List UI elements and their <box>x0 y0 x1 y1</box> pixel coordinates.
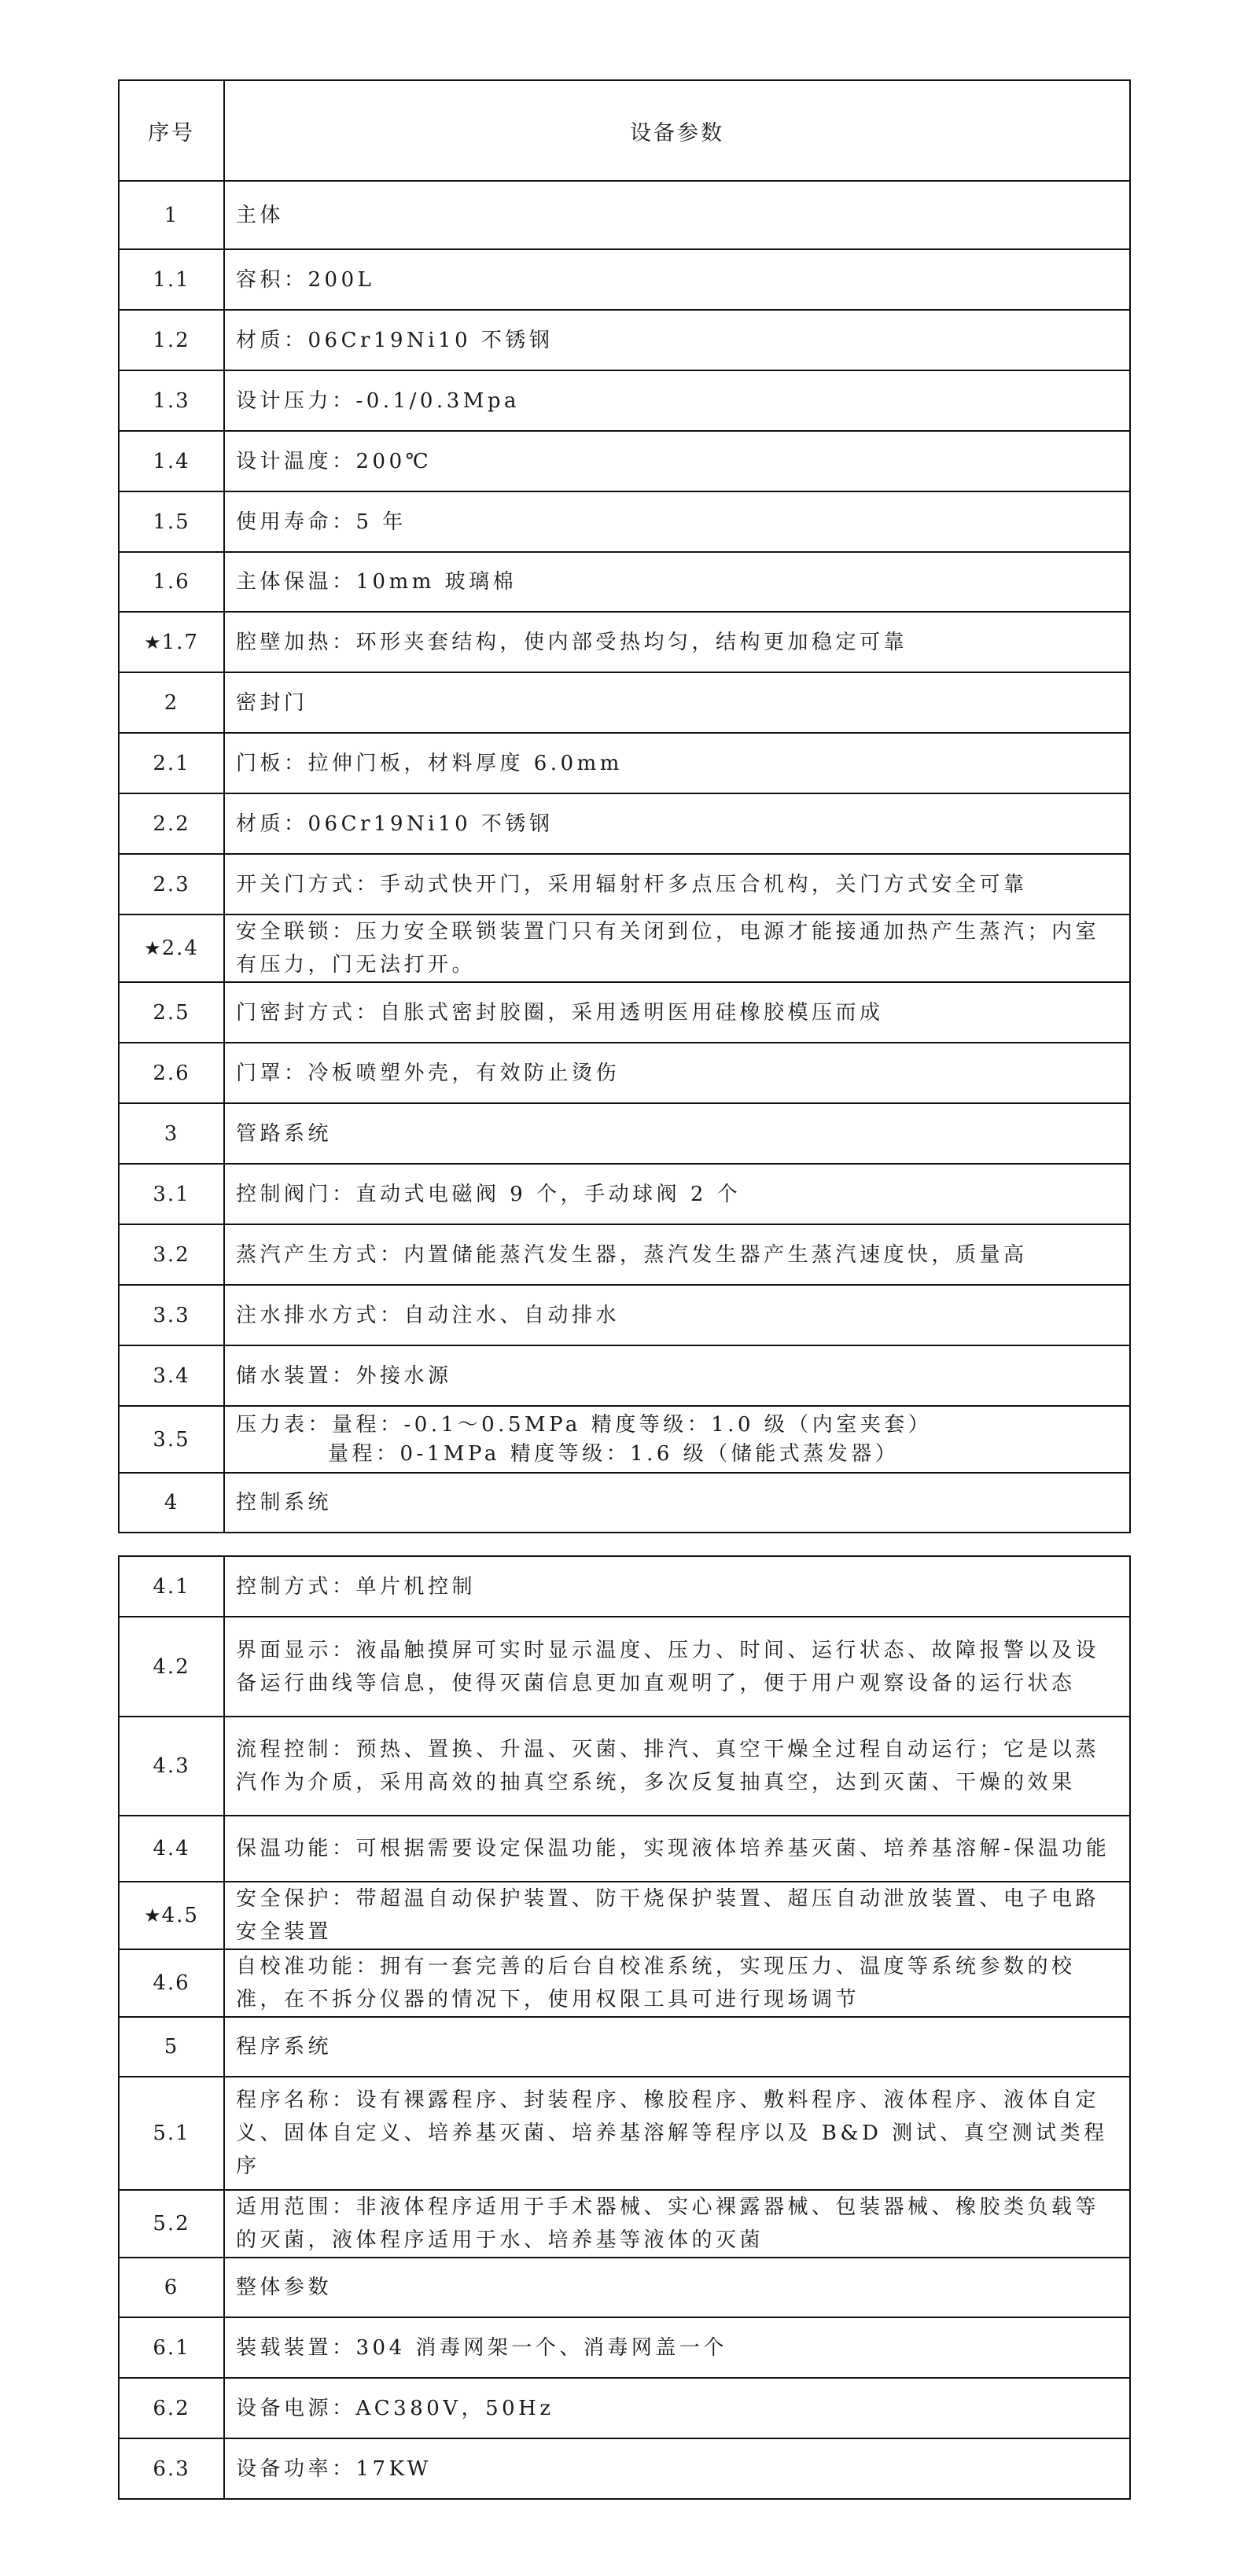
parameter-text: 主体 <box>236 204 284 227</box>
row-parameter-cell: 容积：200L <box>224 249 1130 310</box>
row-parameter-cell: 密封门 <box>224 672 1130 733</box>
row-number-cell: 1.2 <box>119 310 224 370</box>
table-row: 3.1 控制阀门：直动式电磁阀 9 个，手动球阀 2 个 <box>119 1164 1130 1224</box>
row-number-cell: 1.1 <box>119 249 224 310</box>
row-number: 6.2 <box>153 2397 190 2420</box>
row-parameter-cell: 适用范围：非液体程序适用于手术器械、实心裸露器械、包装器械、橡胶类负载等的灭菌，… <box>224 2190 1130 2258</box>
parameter-text: 门板：拉伸门板，材料厚度 6.0mm <box>236 752 623 775</box>
row-number-cell: ★1.7 <box>119 612 224 672</box>
table-row: 1.3 设计压力：-0.1/0.3Mpa <box>119 370 1130 431</box>
parameter-text: 门密封方式：自胀式密封胶圈，采用透明医用硅橡胶模压而成 <box>236 1001 884 1025</box>
row-parameter-cell: 设计压力：-0.1/0.3Mpa <box>224 370 1130 431</box>
row-parameter-cell: 使用寿命：5 年 <box>224 491 1130 552</box>
table-row: 6.3 设备功率：17KW <box>119 2438 1130 2499</box>
row-parameter-cell: 自校准功能：拥有一套完善的后台自校准系统，实现压力、温度等系统参数的校准，在不拆… <box>224 1949 1130 2017</box>
row-number-cell: 3.2 <box>119 1224 224 1285</box>
row-parameter-cell: 界面显示：液晶触摸屏可实时显示温度、压力、时间、运行状态、故障报警以及设备运行曲… <box>224 1617 1130 1717</box>
table-row: 1.2 材质：06Cr19Ni10 不锈钢 <box>119 310 1130 370</box>
row-parameter-cell: 注水排水方式：自动注水、自动排水 <box>224 1285 1130 1345</box>
row-number: 4.1 <box>153 1575 190 1599</box>
row-number: 6.1 <box>153 2336 190 2360</box>
row-number: 2.2 <box>153 812 190 836</box>
parameter-text: 装载装置：304 消毒网架一个、消毒网盖一个 <box>236 2336 727 2360</box>
row-number: 3 <box>164 1122 179 1146</box>
row-parameter-cell: 流程控制：预热、置换、升温、灭菌、排汽、真空干燥全过程自动运行；它是以蒸汽作为介… <box>224 1717 1130 1816</box>
parameter-text: 设计压力：-0.1/0.3Mpa <box>236 389 520 413</box>
parameter-text: 自校准功能：拥有一套完善的后台自校准系统，实现压力、温度等系统参数的校准，在不拆… <box>236 1955 1076 2011</box>
table-row: 5 程序系统 <box>119 2017 1130 2077</box>
parameter-text: 控制阀门：直动式电磁阀 9 个，手动球阀 2 个 <box>236 1183 741 1206</box>
row-parameter-cell: 程序名称：设有裸露程序、封装程序、橡胶程序、敷料程序、液体程序、液体自定义、固体… <box>224 2077 1130 2190</box>
table-row: 4.1 控制方式：单片机控制 <box>119 1556 1130 1617</box>
header-equipment-parameters: 设备参数 <box>224 80 1130 181</box>
star-icon: ★ <box>144 1904 161 1926</box>
row-number-cell: 1.5 <box>119 491 224 552</box>
table-row: 2 密封门 <box>119 672 1130 733</box>
row-parameter-cell: 门板：拉伸门板，材料厚度 6.0mm <box>224 733 1130 793</box>
row-number: 4.4 <box>153 1837 190 1860</box>
row-number-cell: 3.1 <box>119 1164 224 1224</box>
row-parameter-cell: 设备功率：17KW <box>224 2438 1130 2499</box>
row-number: 5 <box>164 2035 179 2059</box>
row-number: 4.2 <box>153 1655 190 1679</box>
row-parameter-cell: 控制方式：单片机控制 <box>224 1556 1130 1617</box>
row-number: 5.2 <box>153 2212 190 2236</box>
parameter-text: 使用寿命：5 年 <box>236 510 407 534</box>
row-number: 3.4 <box>153 1364 190 1388</box>
row-number: 2.3 <box>153 873 190 896</box>
row-parameter-cell: 门密封方式：自胀式密封胶圈，采用透明医用硅橡胶模压而成 <box>224 982 1130 1043</box>
parameter-text: 适用范围：非液体程序适用于手术器械、实心裸露器械、包装器械、橡胶类负载等的灭菌，… <box>236 2195 1099 2252</box>
table-row: 2.1 门板：拉伸门板，材料厚度 6.0mm <box>119 733 1130 793</box>
row-parameter-cell: 控制阀门：直动式电磁阀 9 个，手动球阀 2 个 <box>224 1164 1130 1224</box>
row-number-cell: 4.1 <box>119 1556 224 1617</box>
row-number-cell: 1.6 <box>119 552 224 612</box>
row-parameter-cell: 程序系统 <box>224 2017 1130 2077</box>
row-number-cell: 3.5 <box>119 1406 224 1473</box>
parameter-text: 蒸汽产生方式：内置储能蒸汽发生器，蒸汽发生器产生蒸汽速度快，质量高 <box>236 1243 1028 1267</box>
table-row: 4 控制系统 <box>119 1473 1130 1533</box>
parameter-text: 保温功能：可根据需要设定保温功能，实现液体培养基灭菌、培养基溶解-保温功能 <box>236 1837 1110 1860</box>
row-number-cell: 5 <box>119 2017 224 2077</box>
parameter-text-line: 压力表：量程：-0.1～0.5MPa 精度等级：1.0 级（内室夹套） <box>236 1411 1123 1440</box>
table-row: 4.4 保温功能：可根据需要设定保温功能，实现液体培养基灭菌、培养基溶解-保温功… <box>119 1816 1130 1882</box>
row-number-cell: 6.3 <box>119 2438 224 2499</box>
parameter-text: 安全保护：带超温自动保护装置、防干烧保护装置、超压自动泄放装置、电子电路安全装置 <box>236 1887 1099 1944</box>
row-parameter-cell: 装载装置：304 消毒网架一个、消毒网盖一个 <box>224 2317 1130 2378</box>
row-number: 2 <box>164 691 179 715</box>
table-body-part-2: 4.1 控制方式：单片机控制 4.2 界面显示：液晶触摸屏可实时显示温度、压力、… <box>119 1556 1130 2499</box>
parameter-text: 程序系统 <box>236 2035 332 2059</box>
row-number-cell: 3.4 <box>119 1345 224 1406</box>
row-number-cell: 4.4 <box>119 1816 224 1882</box>
row-number: 4.5 <box>162 1904 199 1927</box>
star-icon: ★ <box>144 937 161 959</box>
row-parameter-cell: 整体参数 <box>224 2258 1130 2317</box>
table-row: 5.2 适用范围：非液体程序适用于手术器械、实心裸露器械、包装器械、橡胶类负载等… <box>119 2190 1130 2258</box>
header-serial-number: 序号 <box>119 80 224 181</box>
table-row: 1 主体 <box>119 181 1130 249</box>
row-parameter-cell: 安全联锁：压力安全联锁装置门只有关闭到位，电源才能接通加热产生蒸汽；内室有压力，… <box>224 914 1130 982</box>
row-number: 4 <box>164 1491 179 1514</box>
parameter-text: 注水排水方式：自动注水、自动排水 <box>236 1304 620 1327</box>
row-parameter-cell: 材质：06Cr19Ni10 不锈钢 <box>224 310 1130 370</box>
row-parameter-cell: 主体保温：10mm 玻璃棉 <box>224 552 1130 612</box>
table-row: 3 管路系统 <box>119 1103 1130 1164</box>
parameter-text: 材质：06Cr19Ni10 不锈钢 <box>236 329 553 352</box>
row-parameter-cell: 控制系统 <box>224 1473 1130 1533</box>
row-number-cell: 4.3 <box>119 1717 224 1816</box>
row-number-cell: 6 <box>119 2258 224 2317</box>
table-row: 1.5 使用寿命：5 年 <box>119 491 1130 552</box>
row-number-cell: 5.1 <box>119 2077 224 2190</box>
parameter-text: 主体保温：10mm 玻璃棉 <box>236 570 517 594</box>
row-parameter-cell: 管路系统 <box>224 1103 1130 1164</box>
row-number-cell: 2 <box>119 672 224 733</box>
table-row: 6 整体参数 <box>119 2258 1130 2317</box>
row-number: 1.6 <box>153 570 190 594</box>
row-number: 5.1 <box>153 2122 190 2145</box>
row-number: 1.7 <box>162 631 199 654</box>
row-number-cell: 4 <box>119 1473 224 1533</box>
table-row: 3.3 注水排水方式：自动注水、自动排水 <box>119 1285 1130 1345</box>
table-row: ★4.5 安全保护：带超温自动保护装置、防干烧保护装置、超压自动泄放装置、电子电… <box>119 1882 1130 1949</box>
parameter-text: 整体参数 <box>236 2276 332 2299</box>
row-number: 2.6 <box>153 1062 190 1085</box>
table-row: 4.6 自校准功能：拥有一套完善的后台自校准系统，实现压力、温度等系统参数的校准… <box>119 1949 1130 2017</box>
parameter-text: 密封门 <box>236 691 308 715</box>
table-row: ★1.7 腔壁加热：环形夹套结构，使内部受热均匀，结构更加稳定可靠 <box>119 612 1130 672</box>
parameter-text: 界面显示：液晶触摸屏可实时显示温度、压力、时间、运行状态、故障报警以及设备运行曲… <box>236 1639 1099 1695</box>
row-number: 6 <box>164 2276 179 2299</box>
row-number: 6.3 <box>153 2457 190 2481</box>
row-number-cell: ★2.4 <box>119 914 224 982</box>
row-number-cell: 2.5 <box>119 982 224 1043</box>
row-number-cell: 1.4 <box>119 431 224 491</box>
table-row: 3.2 蒸汽产生方式：内置储能蒸汽发生器，蒸汽发生器产生蒸汽速度快，质量高 <box>119 1224 1130 1285</box>
row-number-cell: 5.2 <box>119 2190 224 2258</box>
parameter-text: 安全联锁：压力安全联锁装置门只有关闭到位，电源才能接通加热产生蒸汽；内室有压力，… <box>236 920 1099 977</box>
row-number: 4.6 <box>153 1971 190 1995</box>
row-number: 1.2 <box>153 329 190 352</box>
row-parameter-cell: 设备电源：AC380V，50Hz <box>224 2378 1130 2438</box>
parameter-text: 腔壁加热：环形夹套结构，使内部受热均匀，结构更加稳定可靠 <box>236 631 907 654</box>
spec-table-part-2: 4.1 控制方式：单片机控制 4.2 界面显示：液晶触摸屏可实时显示温度、压力、… <box>118 1555 1131 2500</box>
row-number-cell: 3 <box>119 1103 224 1164</box>
table-row: 4.3 流程控制：预热、置换、升温、灭菌、排汽、真空干燥全过程自动运行；它是以蒸… <box>119 1717 1130 1816</box>
table-row: 1.6 主体保温：10mm 玻璃棉 <box>119 552 1130 612</box>
row-number-cell: 2.3 <box>119 854 224 914</box>
row-number-cell: 1 <box>119 181 224 249</box>
table-header-row: 序号 设备参数 <box>119 80 1130 181</box>
row-number: 1 <box>164 204 179 227</box>
row-parameter-cell: 主体 <box>224 181 1130 249</box>
row-number: 1.5 <box>153 510 190 534</box>
row-number-cell: 3.3 <box>119 1285 224 1345</box>
parameter-text: 储水装置：外接水源 <box>236 1364 452 1388</box>
row-number: 1.4 <box>153 450 190 473</box>
table-row: 3.5 压力表：量程：-0.1～0.5MPa 精度等级：1.0 级（内室夹套）量… <box>119 1406 1130 1473</box>
row-number: 3.3 <box>153 1304 190 1327</box>
table-body-part-1: 1 主体 1.1 容积：200L 1.2 材质：06Cr19Ni10 不锈钢 1… <box>119 181 1130 1533</box>
row-number-cell: 2.2 <box>119 793 224 854</box>
row-number-cell: 2.1 <box>119 733 224 793</box>
row-parameter-cell: 安全保护：带超温自动保护装置、防干烧保护装置、超压自动泄放装置、电子电路安全装置 <box>224 1882 1130 1949</box>
parameter-text: 门罩：冷板喷塑外壳，有效防止烫伤 <box>236 1062 620 1085</box>
parameter-text: 控制方式：单片机控制 <box>236 1575 476 1599</box>
row-number-cell: 6.1 <box>119 2317 224 2378</box>
row-number: 1.1 <box>153 268 190 292</box>
row-parameter-cell: 腔壁加热：环形夹套结构，使内部受热均匀，结构更加稳定可靠 <box>224 612 1130 672</box>
row-number-cell: 4.6 <box>119 1949 224 2017</box>
parameter-text: 材质：06Cr19Ni10 不锈钢 <box>236 812 553 836</box>
parameter-text: 容积：200L <box>236 268 374 292</box>
row-parameter-cell: 压力表：量程：-0.1～0.5MPa 精度等级：1.0 级（内室夹套）量程：0-… <box>224 1406 1130 1473</box>
table-row: ★2.4 安全联锁：压力安全联锁装置门只有关闭到位，电源才能接通加热产生蒸汽；内… <box>119 914 1130 982</box>
parameter-text: 设计温度：200℃ <box>236 450 432 473</box>
row-number: 2.1 <box>153 752 190 775</box>
table-row: 4.2 界面显示：液晶触摸屏可实时显示温度、压力、时间、运行状态、故障报警以及设… <box>119 1617 1130 1717</box>
parameter-text: 流程控制：预热、置换、升温、灭菌、排汽、真空干燥全过程自动运行；它是以蒸汽作为介… <box>236 1738 1099 1794</box>
row-number-cell: 6.2 <box>119 2378 224 2438</box>
row-number-cell: 2.6 <box>119 1043 224 1103</box>
row-parameter-cell: 储水装置：外接水源 <box>224 1345 1130 1406</box>
row-parameter-cell: 开关门方式：手动式快开门，采用辐射杆多点压合机构，关门方式安全可靠 <box>224 854 1130 914</box>
parameter-text: 管路系统 <box>236 1122 332 1146</box>
row-number: 4.3 <box>153 1754 190 1778</box>
table-row: 2.2 材质：06Cr19Ni10 不锈钢 <box>119 793 1130 854</box>
parameter-text: 控制系统 <box>236 1491 332 1514</box>
spec-table-part-1: 序号 设备参数 1 主体 1.1 容积：200L 1.2 材质：06Cr19Ni… <box>118 79 1131 1533</box>
parameter-text: 开关门方式：手动式快开门，采用辐射杆多点压合机构，关门方式安全可靠 <box>236 873 1028 896</box>
table-row: 2.3 开关门方式：手动式快开门，采用辐射杆多点压合机构，关门方式安全可靠 <box>119 854 1130 914</box>
row-number: 3.2 <box>153 1243 190 1267</box>
table-row: 6.1 装载装置：304 消毒网架一个、消毒网盖一个 <box>119 2317 1130 2378</box>
star-icon: ★ <box>144 631 161 653</box>
row-number-cell: 1.3 <box>119 370 224 431</box>
parameter-text: 设备功率：17KW <box>236 2457 432 2481</box>
row-number-cell: 4.2 <box>119 1617 224 1717</box>
row-number: 3.5 <box>153 1428 190 1452</box>
table-row: 2.6 门罩：冷板喷塑外壳，有效防止烫伤 <box>119 1043 1130 1103</box>
row-parameter-cell: 保温功能：可根据需要设定保温功能，实现液体培养基灭菌、培养基溶解-保温功能 <box>224 1816 1130 1882</box>
row-parameter-cell: 设计温度：200℃ <box>224 431 1130 491</box>
row-number: 3.1 <box>153 1183 190 1206</box>
row-parameter-cell: 蒸汽产生方式：内置储能蒸汽发生器，蒸汽发生器产生蒸汽速度快，质量高 <box>224 1224 1130 1285</box>
row-number: 1.3 <box>153 389 190 413</box>
table-row: 1.1 容积：200L <box>119 249 1130 310</box>
parameter-text: 设备电源：AC380V，50Hz <box>236 2397 554 2420</box>
row-number: 2.5 <box>153 1001 190 1025</box>
row-number: 2.4 <box>162 937 199 960</box>
row-parameter-cell: 门罩：冷板喷塑外壳，有效防止烫伤 <box>224 1043 1130 1103</box>
parameter-text: 程序名称：设有裸露程序、封装程序、橡胶程序、敷料程序、液体程序、液体自定义、固体… <box>236 2088 1108 2178</box>
parameter-text-line: 量程：0-1MPa 精度等级：1.6 级（储能式蒸发器） <box>236 1440 1123 1469</box>
table-row: 1.4 设计温度：200℃ <box>119 431 1130 491</box>
row-number-cell: ★4.5 <box>119 1882 224 1949</box>
table-row: 5.1 程序名称：设有裸露程序、封装程序、橡胶程序、敷料程序、液体程序、液体自定… <box>119 2077 1130 2190</box>
table-row: 3.4 储水装置：外接水源 <box>119 1345 1130 1406</box>
row-parameter-cell: 材质：06Cr19Ni10 不锈钢 <box>224 793 1130 854</box>
table-row: 2.5 门密封方式：自胀式密封胶圈，采用透明医用硅橡胶模压而成 <box>119 982 1130 1043</box>
table-row: 6.2 设备电源：AC380V，50Hz <box>119 2378 1130 2438</box>
